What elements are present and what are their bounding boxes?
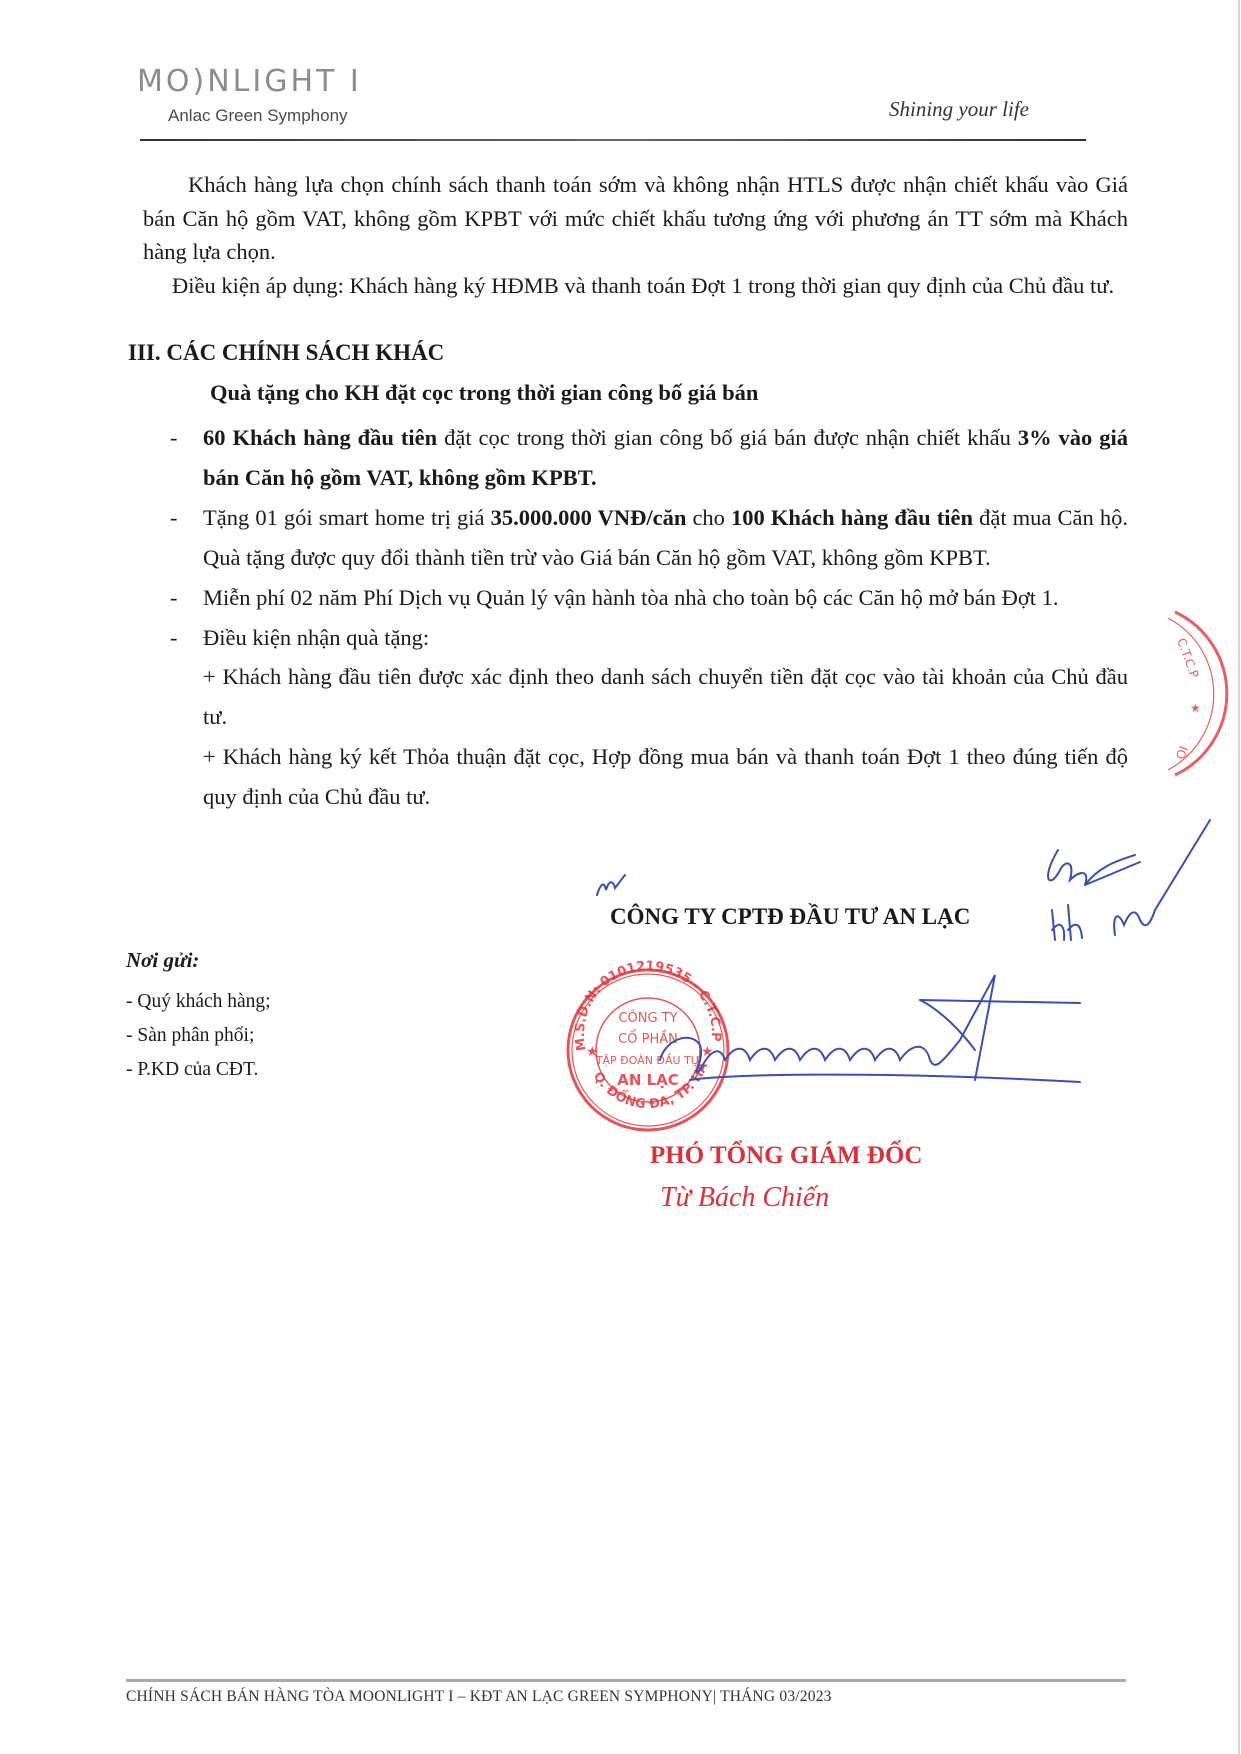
svg-text:AN LẠC: AN LẠC <box>617 1071 679 1089</box>
svg-text:★: ★ <box>1190 701 1201 715</box>
footer-text: CHÍNH SÁCH BÁN HÀNG TÒA MOONLIGHT I – KĐ… <box>126 1688 832 1706</box>
svg-text:IÔ: IÔ <box>1173 744 1192 761</box>
signer-name: Từ Bách Chiến <box>660 1182 829 1214</box>
svg-text:TẬP ĐOÀN ĐẦU TƯ: TẬP ĐOÀN ĐẦU TƯ <box>595 1053 700 1067</box>
svg-text:CÔNG TY: CÔNG TY <box>618 1010 677 1026</box>
stamp-and-signature-layer: M.S.D.N: 0101219535 - C.T.C.P Q. ĐỐNG ĐA… <box>0 0 1241 1754</box>
handwritten-signature <box>597 820 1210 1082</box>
footer-divider <box>126 1679 1126 1682</box>
signer-position: PHÓ TỔNG GIÁM ĐỐC <box>650 1142 922 1170</box>
stamp-ring-bottom: Q. ĐỐNG ĐA, TP. HÀ NỘI <box>0 0 711 1112</box>
